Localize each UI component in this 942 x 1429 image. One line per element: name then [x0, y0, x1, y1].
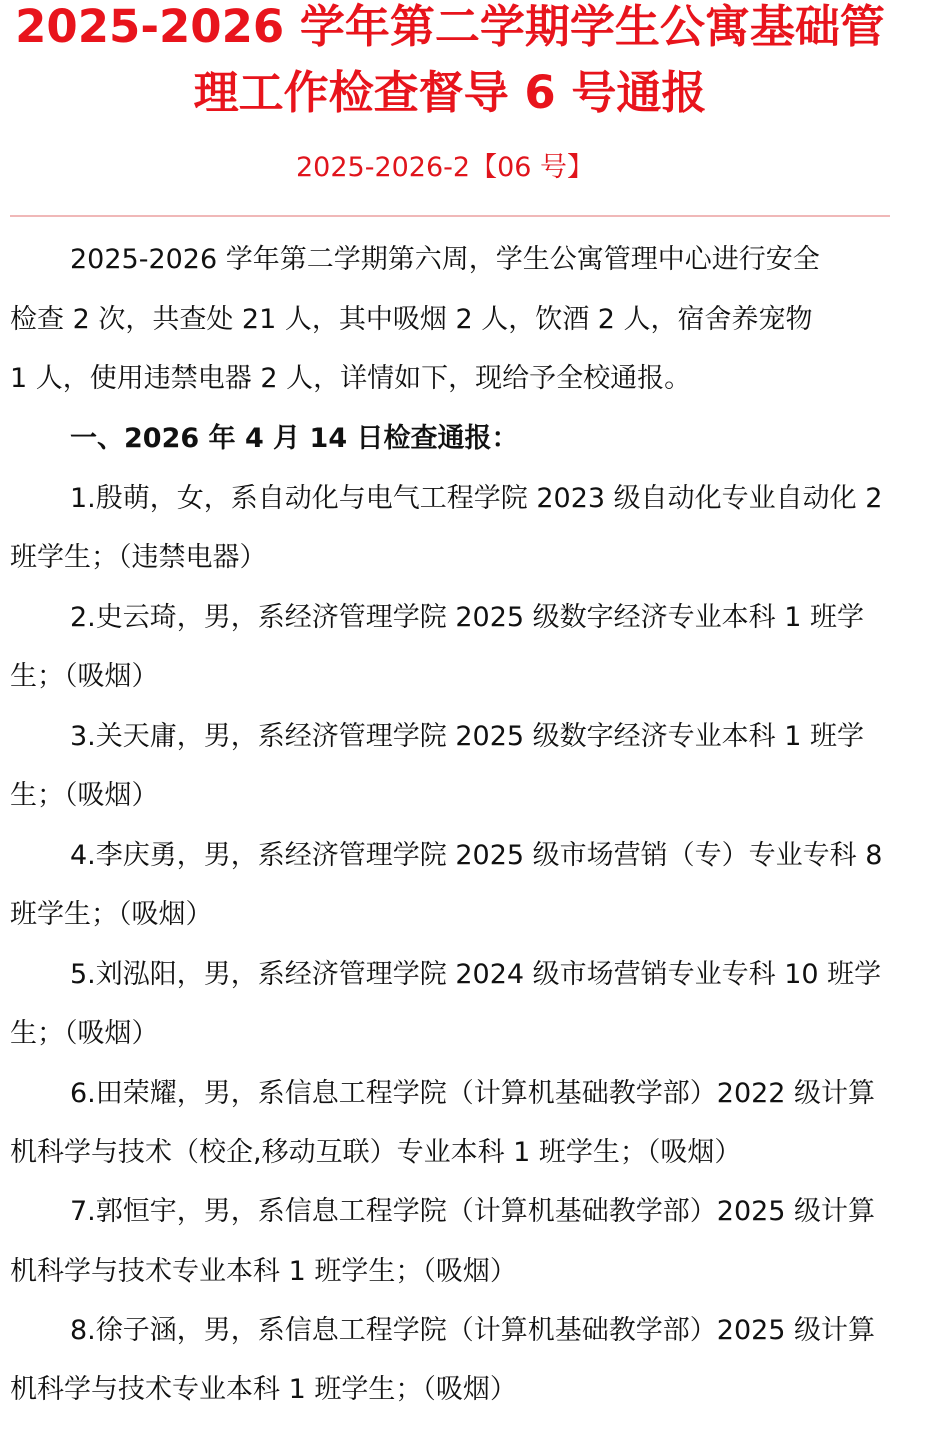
notice-title-line1: 2025-2026 学年第二学期学生公寓基础管: [0, 2, 900, 52]
section-heading: 一、2026 年 4 月 14 日检查通报：: [70, 419, 519, 459]
intro-line-1: 2025-2026 学年第二学期第六周，学生公寓管理中心进行安全: [70, 240, 820, 280]
intro-line-3: 1 人，使用违禁电器 2 人，详情如下，现给予全校通报。: [10, 359, 691, 399]
red-divider: [10, 215, 890, 217]
notice-title-line2: 理工作检查督导 6 号通报: [0, 68, 900, 118]
document-number: 2025-2026-2【06 号】: [0, 150, 890, 186]
intro-line-2: 检查 2 次，共查处 21 人，其中吸烟 2 人，饮酒 2 人，宿舍养宠物: [10, 300, 813, 340]
